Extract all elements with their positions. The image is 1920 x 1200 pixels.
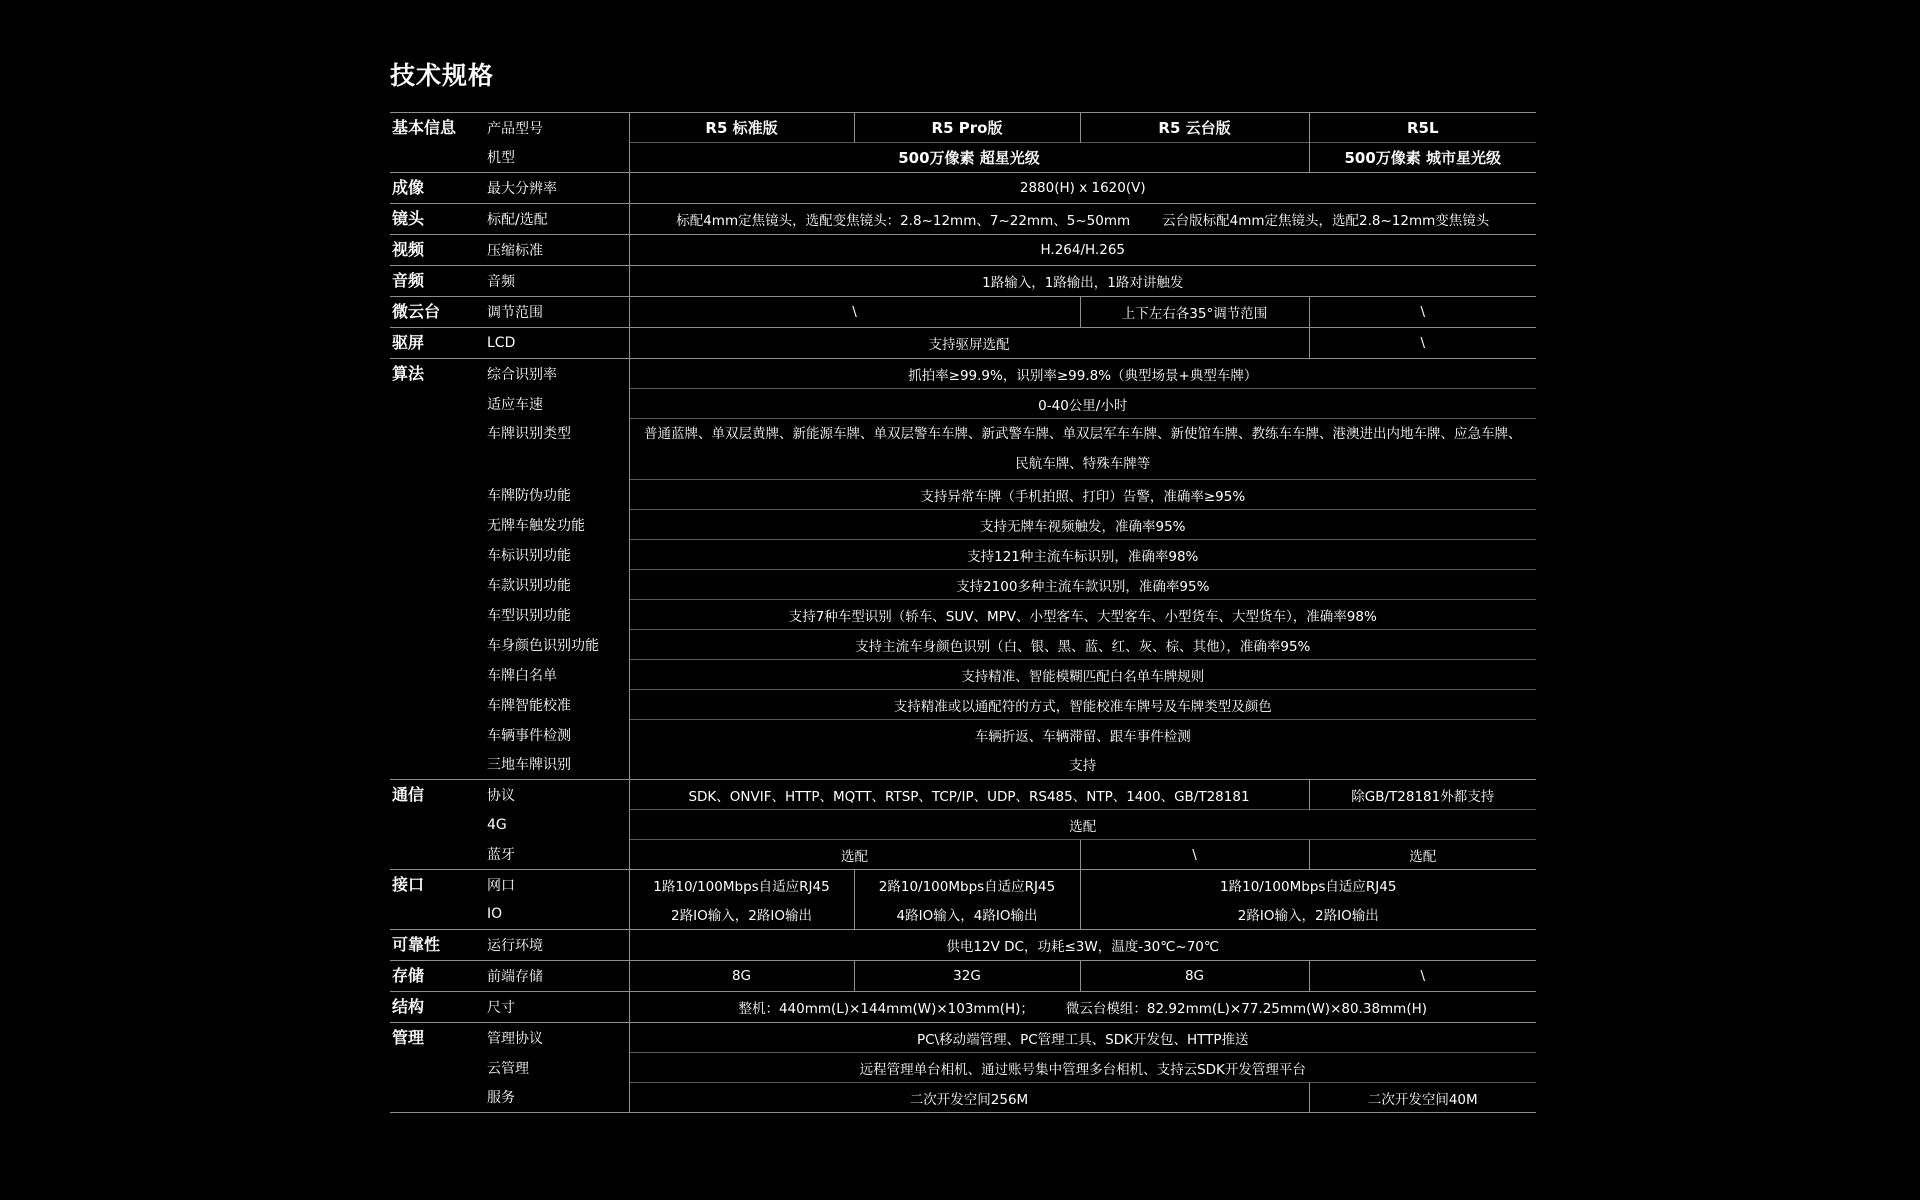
category-cell: 可靠性 <box>390 930 485 961</box>
label-cell: 云管理 <box>485 1053 629 1083</box>
category-cell: 结构 <box>390 992 485 1023</box>
table-row: 接口 网口 1路10/100Mbps自适应RJ45 2路10/100Mbps自适… <box>390 870 1536 900</box>
value-cell: \ <box>1309 328 1536 359</box>
label-cell: 音频 <box>485 266 629 297</box>
table-row: 可靠性 运行环境 供电12V DC，功耗≤3W，温度-30℃~70℃ <box>390 930 1536 961</box>
table-row: 结构 尺寸 整机：440mm(L)×144mm(W)×103mm(H)；微云台模… <box>390 992 1536 1023</box>
value-line: 民航车牌、特殊车牌等 <box>636 449 1531 479</box>
value-cell: 整机：440mm(L)×144mm(W)×103mm(H)；微云台模组：82.9… <box>629 992 1536 1023</box>
label-cell: 车身颜色识别功能 <box>485 630 629 660</box>
category-cell: 镜头 <box>390 204 485 235</box>
table-row: 微云台 调节范围 \ 上下左右各35°调节范围 \ <box>390 297 1536 328</box>
category-cell: 成像 <box>390 173 485 204</box>
label-cell: 车牌白名单 <box>485 660 629 690</box>
table-row: 机型 500万像素 超星光级 500万像素 城市星光级 <box>390 143 1536 173</box>
value-cell: 支持驱屏选配 <box>629 328 1309 359</box>
label-cell: 前端存储 <box>485 961 629 992</box>
value-line: 普通蓝牌、单双层黄牌、新能源车牌、单双层警车车牌、新武警车牌、单双层军车车牌、新… <box>636 419 1531 449</box>
label-cell: 车标识别功能 <box>485 540 629 570</box>
value-cell: H.264/H.265 <box>629 235 1536 266</box>
label-cell: LCD <box>485 328 629 359</box>
label-cell: 最大分辨率 <box>485 173 629 204</box>
value-cell: 除GB/T28181外都支持 <box>1309 780 1536 810</box>
value-cell: 2路10/100Mbps自适应RJ45 <box>854 870 1080 900</box>
category-cell: 微云台 <box>390 297 485 328</box>
value-cell: 1路10/100Mbps自适应RJ45 <box>1080 870 1536 900</box>
value-cell: 供电12V DC，功耗≤3W，温度-30℃~70℃ <box>629 930 1536 961</box>
category-cell: 接口 <box>390 870 485 930</box>
category-cell: 算法 <box>390 359 485 780</box>
table-row: 车辆事件检测 车辆折返、车辆滞留、跟车事件检测 <box>390 720 1536 750</box>
value-cell: 抓拍率≥99.9%，识别率≥99.8%（典型场景+典型车牌） <box>629 359 1536 389</box>
category-cell: 管理 <box>390 1023 485 1113</box>
category-cell: 驱屏 <box>390 328 485 359</box>
value-cell: 支持异常车牌（手机拍照、打印）告警，准确率≥95% <box>629 480 1536 510</box>
spec-table: 基本信息 产品型号 R5 标准版 R5 Pro版 R5 云台版 R5L 机型 5… <box>390 112 1536 1113</box>
label-cell: 蓝牙 <box>485 840 629 870</box>
table-row: 车牌白名单 支持精准、智能模糊匹配白名单车牌规则 <box>390 660 1536 690</box>
value-cell: 选配 <box>629 810 1536 840</box>
table-row: 车牌智能校准 支持精准或以通配符的方式，智能校准车牌号及车牌类型及颜色 <box>390 690 1536 720</box>
value-cell: 4路IO输入，4路IO输出 <box>854 900 1080 930</box>
label-cell: 适应车速 <box>485 389 629 419</box>
value-cell: 选配 <box>629 840 1080 870</box>
table-row: 算法 综合识别率 抓拍率≥99.9%，识别率≥99.8%（典型场景+典型车牌） <box>390 359 1536 389</box>
label-cell: 车牌智能校准 <box>485 690 629 720</box>
table-row: 云管理 远程管理单台相机、通过账号集中管理多台相机、支持云SDK开发管理平台 <box>390 1053 1536 1083</box>
label-cell: 服务 <box>485 1083 629 1113</box>
label-cell: 标配/选配 <box>485 204 629 235</box>
table-row: 视频 压缩标准 H.264/H.265 <box>390 235 1536 266</box>
table-row: IO 2路IO输入，2路IO输出 4路IO输入，4路IO输出 2路IO输入，2路… <box>390 900 1536 930</box>
label-cell: 机型 <box>485 143 629 173</box>
table-row: 车款识别功能 支持2100多种主流车款识别，准确率95% <box>390 570 1536 600</box>
table-row: 车牌防伪功能 支持异常车牌（手机拍照、打印）告警，准确率≥95% <box>390 480 1536 510</box>
value-cell: 2路IO输入，2路IO输出 <box>629 900 854 930</box>
label-cell: 调节范围 <box>485 297 629 328</box>
table-row: 无牌车触发功能 支持无牌车视频触发，准确率95% <box>390 510 1536 540</box>
value-cell: 远程管理单台相机、通过账号集中管理多台相机、支持云SDK开发管理平台 <box>629 1053 1536 1083</box>
label-cell: 压缩标准 <box>485 235 629 266</box>
table-row: 服务 二次开发空间256M 二次开发空间40M <box>390 1083 1536 1113</box>
value-cell: 2880(H) x 1620(V) <box>629 173 1536 204</box>
value-cell: \ <box>629 297 1080 328</box>
page-title: 技术规格 <box>390 60 1536 92</box>
label-cell: 尺寸 <box>485 992 629 1023</box>
table-row: 成像 最大分辨率 2880(H) x 1620(V) <box>390 173 1536 204</box>
value-cell: SDK、ONVIF、HTTP、MQTT、RTSP、TCP/IP、UDP、RS48… <box>629 780 1309 810</box>
table-row: 三地车牌识别 支持 <box>390 750 1536 780</box>
value-cell: 支持7种车型识别（轿车、SUV、MPV、小型客车、大型客车、小型货车、大型货车）… <box>629 600 1536 630</box>
table-row: 基本信息 产品型号 R5 标准版 R5 Pro版 R5 云台版 R5L <box>390 113 1536 143</box>
value-cell: 标配4mm定焦镜头，选配变焦镜头：2.8~12mm、7~22mm、5~50mm云… <box>629 204 1536 235</box>
label-cell: IO <box>485 900 629 930</box>
value-cell: 8G <box>629 961 854 992</box>
value-cell: 32G <box>854 961 1080 992</box>
label-cell: 无牌车触发功能 <box>485 510 629 540</box>
product-column-header: R5 Pro版 <box>854 113 1080 143</box>
value-cell: 8G <box>1080 961 1309 992</box>
value-segment: 整机：440mm(L)×144mm(W)×103mm(H)； <box>738 1001 1033 1017</box>
table-row: 管理 管理协议 PC\移动端管理、PC管理工具、SDK开发包、HTTP推送 <box>390 1023 1536 1053</box>
product-column-header: R5L <box>1309 113 1536 143</box>
value-segment: 云台版标配4mm定焦镜头，选配2.8~12mm变焦镜头 <box>1162 213 1489 229</box>
category-cell: 视频 <box>390 235 485 266</box>
table-row: 4G 选配 <box>390 810 1536 840</box>
value-cell: 500万像素 城市星光级 <box>1309 143 1536 173</box>
value-cell: 支持精准、智能模糊匹配白名单车牌规则 <box>629 660 1536 690</box>
value-cell: 500万像素 超星光级 <box>629 143 1309 173</box>
page: { "title": "技术规格", "colors": { "backgrou… <box>0 0 1920 1200</box>
label-cell: 车辆事件检测 <box>485 720 629 750</box>
category-cell: 通信 <box>390 780 485 870</box>
value-cell: \ <box>1309 297 1536 328</box>
value-cell: 1路10/100Mbps自适应RJ45 <box>629 870 854 900</box>
value-cell: \ <box>1080 840 1309 870</box>
value-cell: 车辆折返、车辆滞留、跟车事件检测 <box>629 720 1536 750</box>
table-row: 车标识别功能 支持121种主流车标识别，准确率98% <box>390 540 1536 570</box>
value-cell: 0-40公里/小时 <box>629 389 1536 419</box>
label-cell: 产品型号 <box>485 113 629 143</box>
value-cell: 1路输入，1路输出，1路对讲触发 <box>629 266 1536 297</box>
table-row: 蓝牙 选配 \ 选配 <box>390 840 1536 870</box>
value-cell: 二次开发空间40M <box>1309 1083 1536 1113</box>
table-row: 音频 音频 1路输入，1路输出，1路对讲触发 <box>390 266 1536 297</box>
table-row: 车身颜色识别功能 支持主流车身颜色识别（白、银、黑、蓝、红、灰、棕、其他），准确… <box>390 630 1536 660</box>
label-cell: 4G <box>485 810 629 840</box>
value-cell: 支持2100多种主流车款识别，准确率95% <box>629 570 1536 600</box>
label-cell: 管理协议 <box>485 1023 629 1053</box>
label-cell: 车牌识别类型 <box>485 419 629 480</box>
product-column-header: R5 云台版 <box>1080 113 1309 143</box>
table-row: 通信 协议 SDK、ONVIF、HTTP、MQTT、RTSP、TCP/IP、UD… <box>390 780 1536 810</box>
category-cell: 音频 <box>390 266 485 297</box>
value-cell: PC\移动端管理、PC管理工具、SDK开发包、HTTP推送 <box>629 1023 1536 1053</box>
label-cell: 车牌防伪功能 <box>485 480 629 510</box>
value-cell: 选配 <box>1309 840 1536 870</box>
value-cell: \ <box>1309 961 1536 992</box>
value-cell: 支持121种主流车标识别，准确率98% <box>629 540 1536 570</box>
product-column-header: R5 标准版 <box>629 113 854 143</box>
value-cell: 上下左右各35°调节范围 <box>1080 297 1309 328</box>
label-cell: 协议 <box>485 780 629 810</box>
spec-sheet: 技术规格 基本信息 产品型号 R5 标准版 R5 Pro版 R5 云台版 R5L… <box>390 60 1536 1113</box>
label-cell: 三地车牌识别 <box>485 750 629 780</box>
label-cell: 车款识别功能 <box>485 570 629 600</box>
value-cell: 支持无牌车视频触发，准确率95% <box>629 510 1536 540</box>
label-cell: 综合识别率 <box>485 359 629 389</box>
label-cell: 车型识别功能 <box>485 600 629 630</box>
value-segment: 微云台模组：82.92mm(L)×77.25mm(W)×80.38mm(H) <box>1066 1001 1427 1017</box>
value-segment: 标配4mm定焦镜头，选配变焦镜头：2.8~12mm、7~22mm、5~50mm <box>676 213 1130 229</box>
table-row: 适应车速 0-40公里/小时 <box>390 389 1536 419</box>
value-cell: 2路IO输入，2路IO输出 <box>1080 900 1536 930</box>
category-cell: 基本信息 <box>390 113 485 173</box>
value-cell: 支持 <box>629 750 1536 780</box>
label-cell: 网口 <box>485 870 629 900</box>
table-row: 驱屏 LCD 支持驱屏选配 \ <box>390 328 1536 359</box>
table-row: 存储 前端存储 8G 32G 8G \ <box>390 961 1536 992</box>
table-row: 镜头 标配/选配 标配4mm定焦镜头，选配变焦镜头：2.8~12mm、7~22m… <box>390 204 1536 235</box>
table-row: 车牌识别类型 普通蓝牌、单双层黄牌、新能源车牌、单双层警车车牌、新武警车牌、单双… <box>390 419 1536 480</box>
value-cell: 支持主流车身颜色识别（白、银、黑、蓝、红、灰、棕、其他），准确率95% <box>629 630 1536 660</box>
value-cell: 普通蓝牌、单双层黄牌、新能源车牌、单双层警车车牌、新武警车牌、单双层军车车牌、新… <box>629 419 1536 480</box>
table-row: 车型识别功能 支持7种车型识别（轿车、SUV、MPV、小型客车、大型客车、小型货… <box>390 600 1536 630</box>
value-cell: 支持精准或以通配符的方式，智能校准车牌号及车牌类型及颜色 <box>629 690 1536 720</box>
label-cell: 运行环境 <box>485 930 629 961</box>
value-cell: 二次开发空间256M <box>629 1083 1309 1113</box>
category-cell: 存储 <box>390 961 485 992</box>
